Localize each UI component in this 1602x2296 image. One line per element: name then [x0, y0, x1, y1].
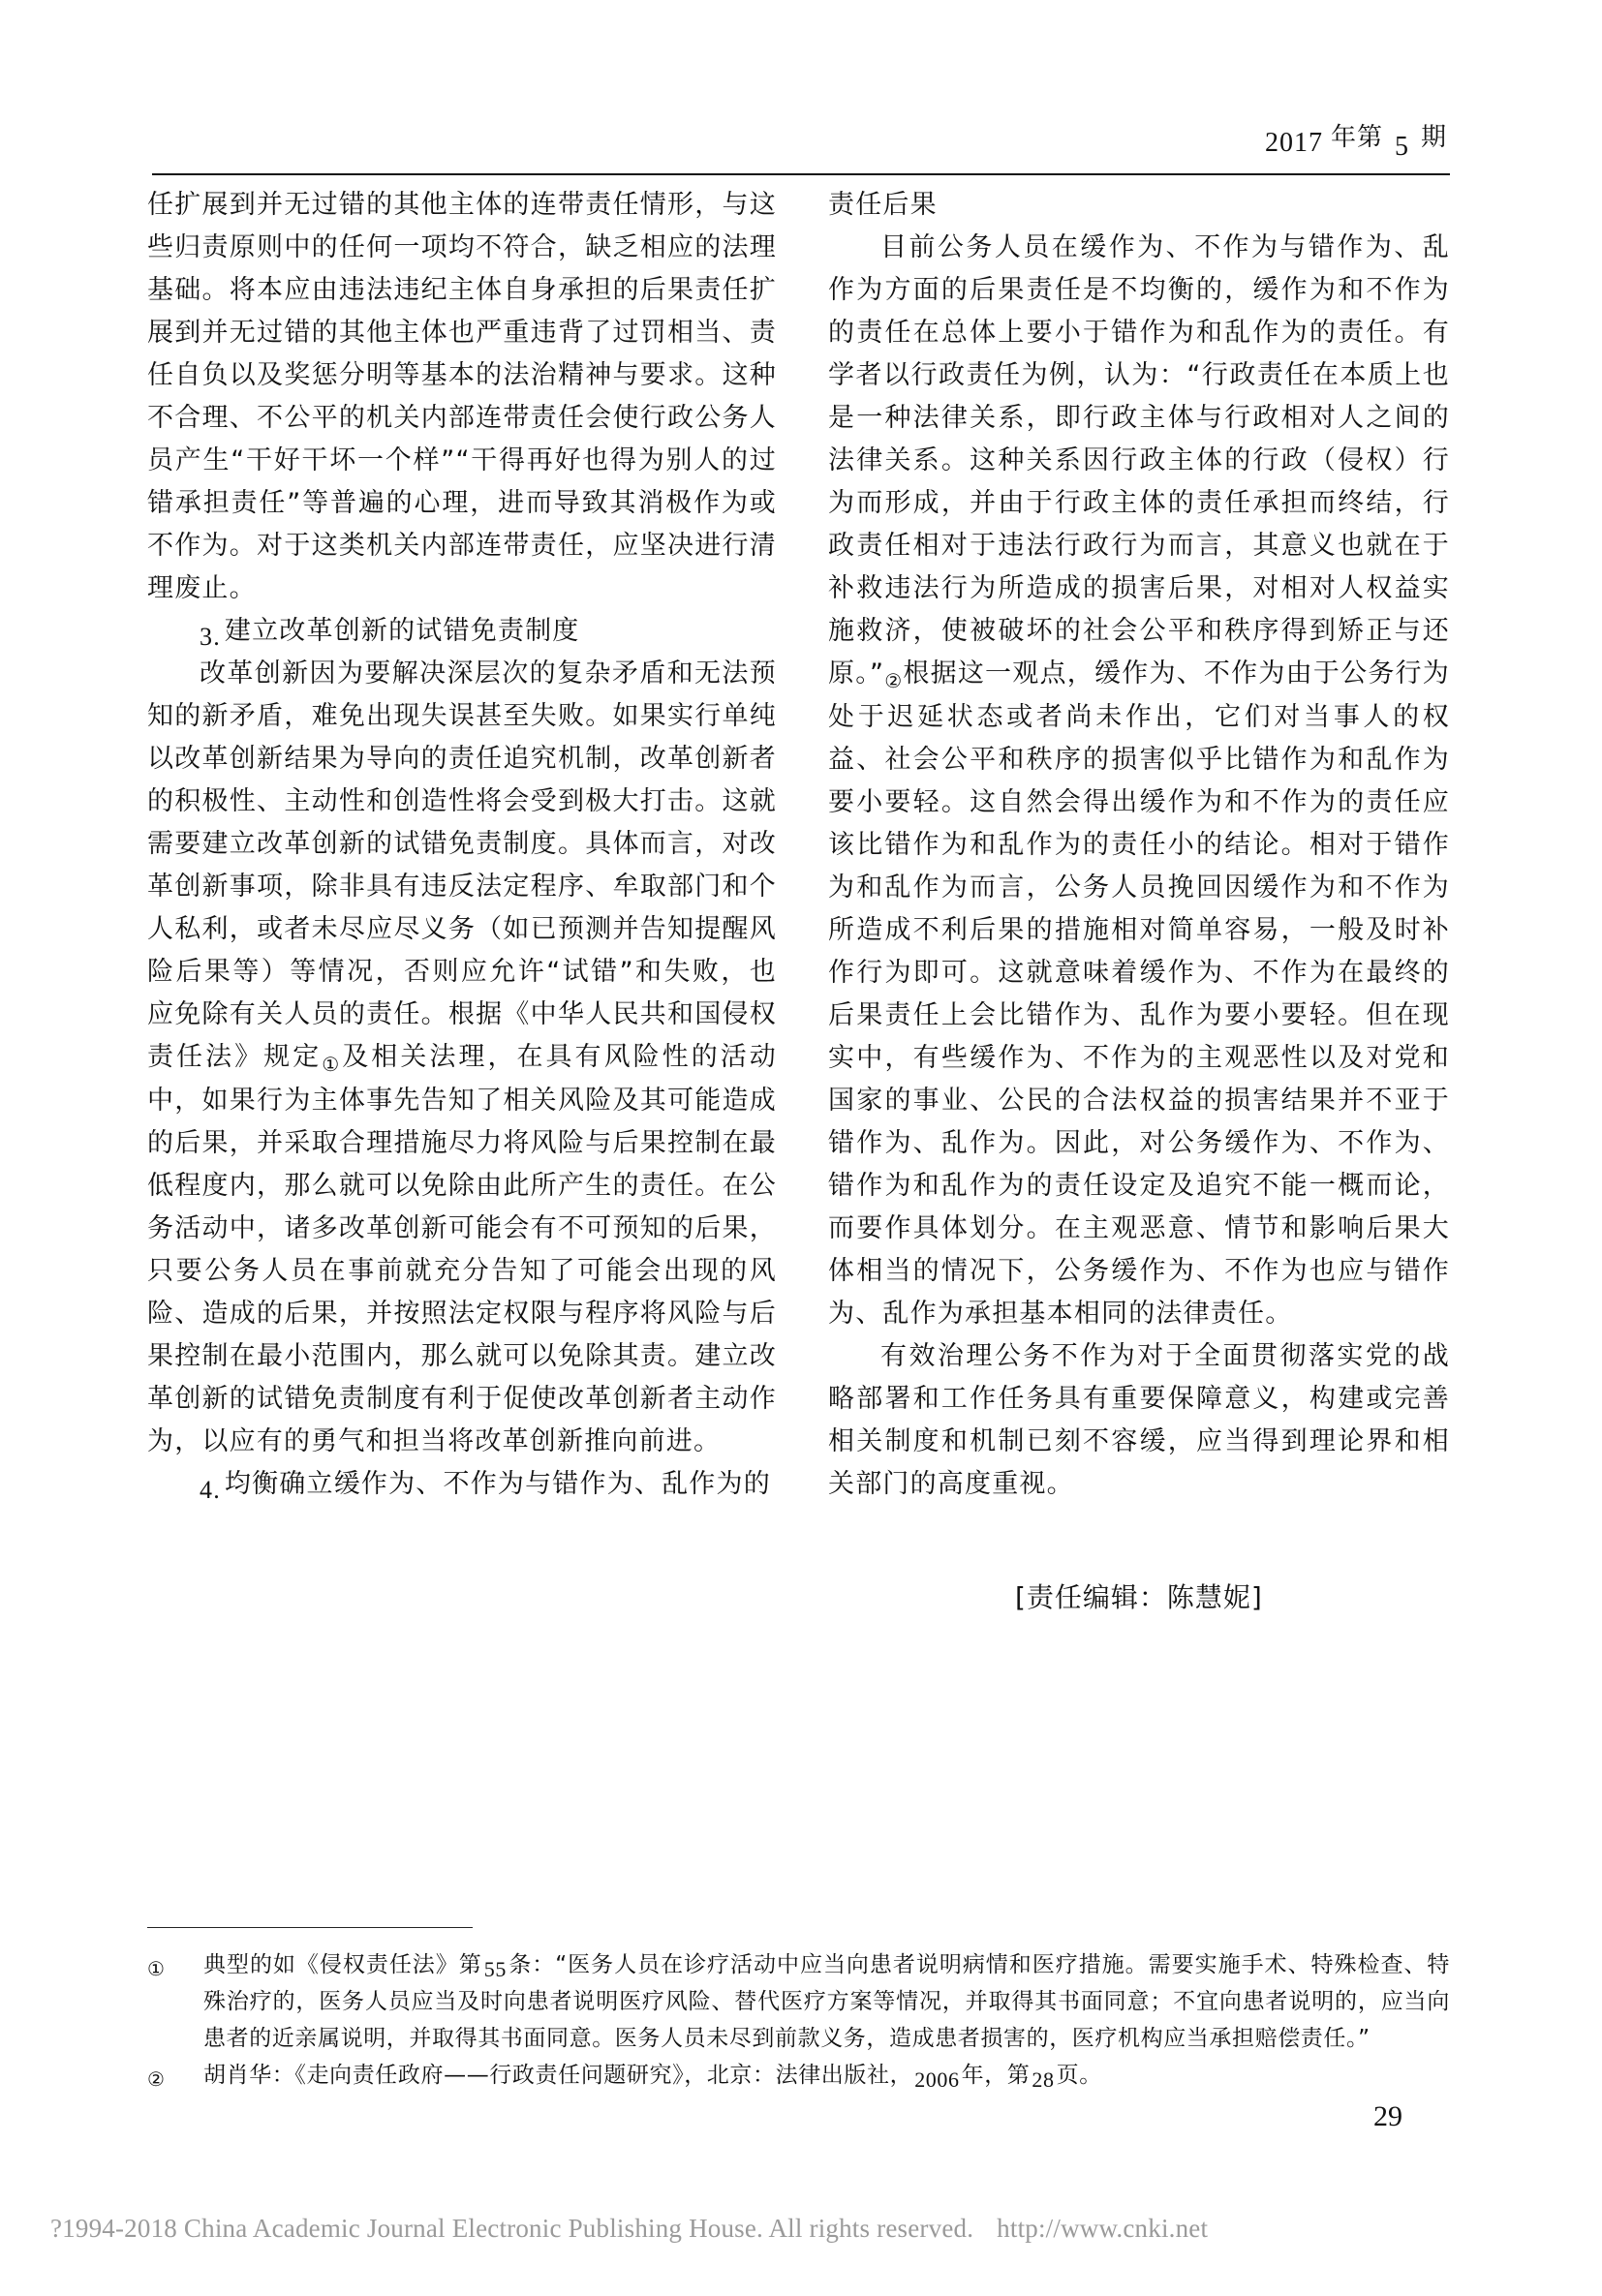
running-head-issue: 5	[1395, 132, 1409, 162]
left-column: 任扩展到并无过错的其他主体的连带责任情形，与这些归责原则中的任何一项均不符合，缺…	[147, 184, 777, 1506]
responsible-editor: [责任编辑：陈慧妮]	[1015, 1577, 1263, 1619]
page-number: 29	[1373, 2099, 1402, 2134]
section-number: 4.	[200, 1476, 221, 1504]
footnote-text: 年，第	[962, 2063, 1031, 2088]
body-paragraph: 有效治理公务不作为对于全面贯彻落实党的战略部署和工作任务具有重要保障意义，构建或…	[828, 1335, 1450, 1506]
running-head: 2017 年第 5 期	[1265, 126, 1447, 161]
section-title: 均衡确立缓作为、不作为与错作为、乱作为的	[225, 1469, 771, 1499]
cnki-link[interactable]: http://www.cnki.net	[997, 2214, 1208, 2243]
footnote-marker: ②	[147, 2061, 166, 2097]
footnote-rule	[147, 1927, 473, 1928]
footnotes: ① 典型的如《侵权责任法》第55条：“医务人员在诊疗活动中应当向患者说明病情和医…	[147, 1946, 1450, 2094]
section-title: 建立改革创新的试错免责制度	[225, 616, 580, 646]
running-head-year: 2017	[1265, 128, 1323, 158]
paragraph-text: 及相关法理，在具有风险性的活动中，如果行为主体事先告知了相关风险及其可能造成的后…	[147, 1042, 777, 1456]
section-heading-4: 4.均衡确立缓作为、不作为与错作为、乱作为的	[147, 1463, 777, 1506]
footnote-ref-2[interactable]: ②	[884, 669, 903, 692]
footnote-year: 2006	[914, 2067, 959, 2092]
paragraph-text: 根据这一观点，缓作为、不作为由于公务行为处于迟延状态或者尚未作出，它们对当事人的…	[828, 658, 1450, 1329]
running-head-issue-suffix: 期	[1421, 123, 1447, 152]
scan-corner-mark	[2, 0, 8, 6]
footnote-2: ② 胡肖华：《走向责任政府——行政责任问题研究》，北京：法律出版社，2006年，…	[147, 2057, 1450, 2094]
section-title-continued: 责任后果	[828, 184, 1450, 227]
header-rule	[152, 173, 1450, 175]
paragraph-text: 目前公务人员在缓作为、不作为与错作为、乱作为方面的后果责任是不均衡的，缓作为和不…	[828, 232, 1450, 689]
footnote-text: 页。	[1057, 2063, 1102, 2088]
section-number: 3.	[200, 623, 221, 651]
right-column: 责任后果 目前公务人员在缓作为、不作为与错作为、乱作为方面的后果责任是不均衡的，…	[828, 184, 1450, 1506]
footnote-page: 28	[1032, 2067, 1054, 2092]
footnote-marker: ①	[147, 1950, 166, 1987]
running-head-year-suffix: 年第	[1331, 123, 1383, 152]
copyright-footer: ?1994-2018 China Academic Journal Electr…	[50, 2212, 1208, 2245]
footnote-1: ① 典型的如《侵权责任法》第55条：“医务人员在诊疗活动中应当向患者说明病情和医…	[147, 1946, 1450, 2057]
section-heading-3: 3.建立改革创新的试错免责制度	[147, 610, 777, 653]
footnote-text: 典型的如《侵权责任法》第	[203, 1952, 482, 1977]
footnote-ref-1[interactable]: ①	[322, 1053, 342, 1076]
footnote-text: 胡肖华：《走向责任政府——行政责任问题研究》，北京：法律出版社，	[203, 2063, 912, 2088]
body-paragraph: 目前公务人员在缓作为、不作为与错作为、乱作为方面的后果责任是不均衡的，缓作为和不…	[828, 227, 1450, 1335]
body-paragraph: 任扩展到并无过错的其他主体的连带责任情形，与这些归责原则中的任何一项均不符合，缺…	[147, 184, 777, 610]
copyright-text: ?1994-2018 China Academic Journal Electr…	[50, 2214, 973, 2243]
paragraph-text: 改革创新因为要解决深层次的复杂矛盾和无法预知的新矛盾，难免出现失误甚至失败。如果…	[147, 658, 777, 1072]
footnote-article-number: 55	[484, 1957, 507, 1981]
body-paragraph: 改革创新因为要解决深层次的复杂矛盾和无法预知的新矛盾，难免出现失误甚至失败。如果…	[147, 653, 777, 1463]
